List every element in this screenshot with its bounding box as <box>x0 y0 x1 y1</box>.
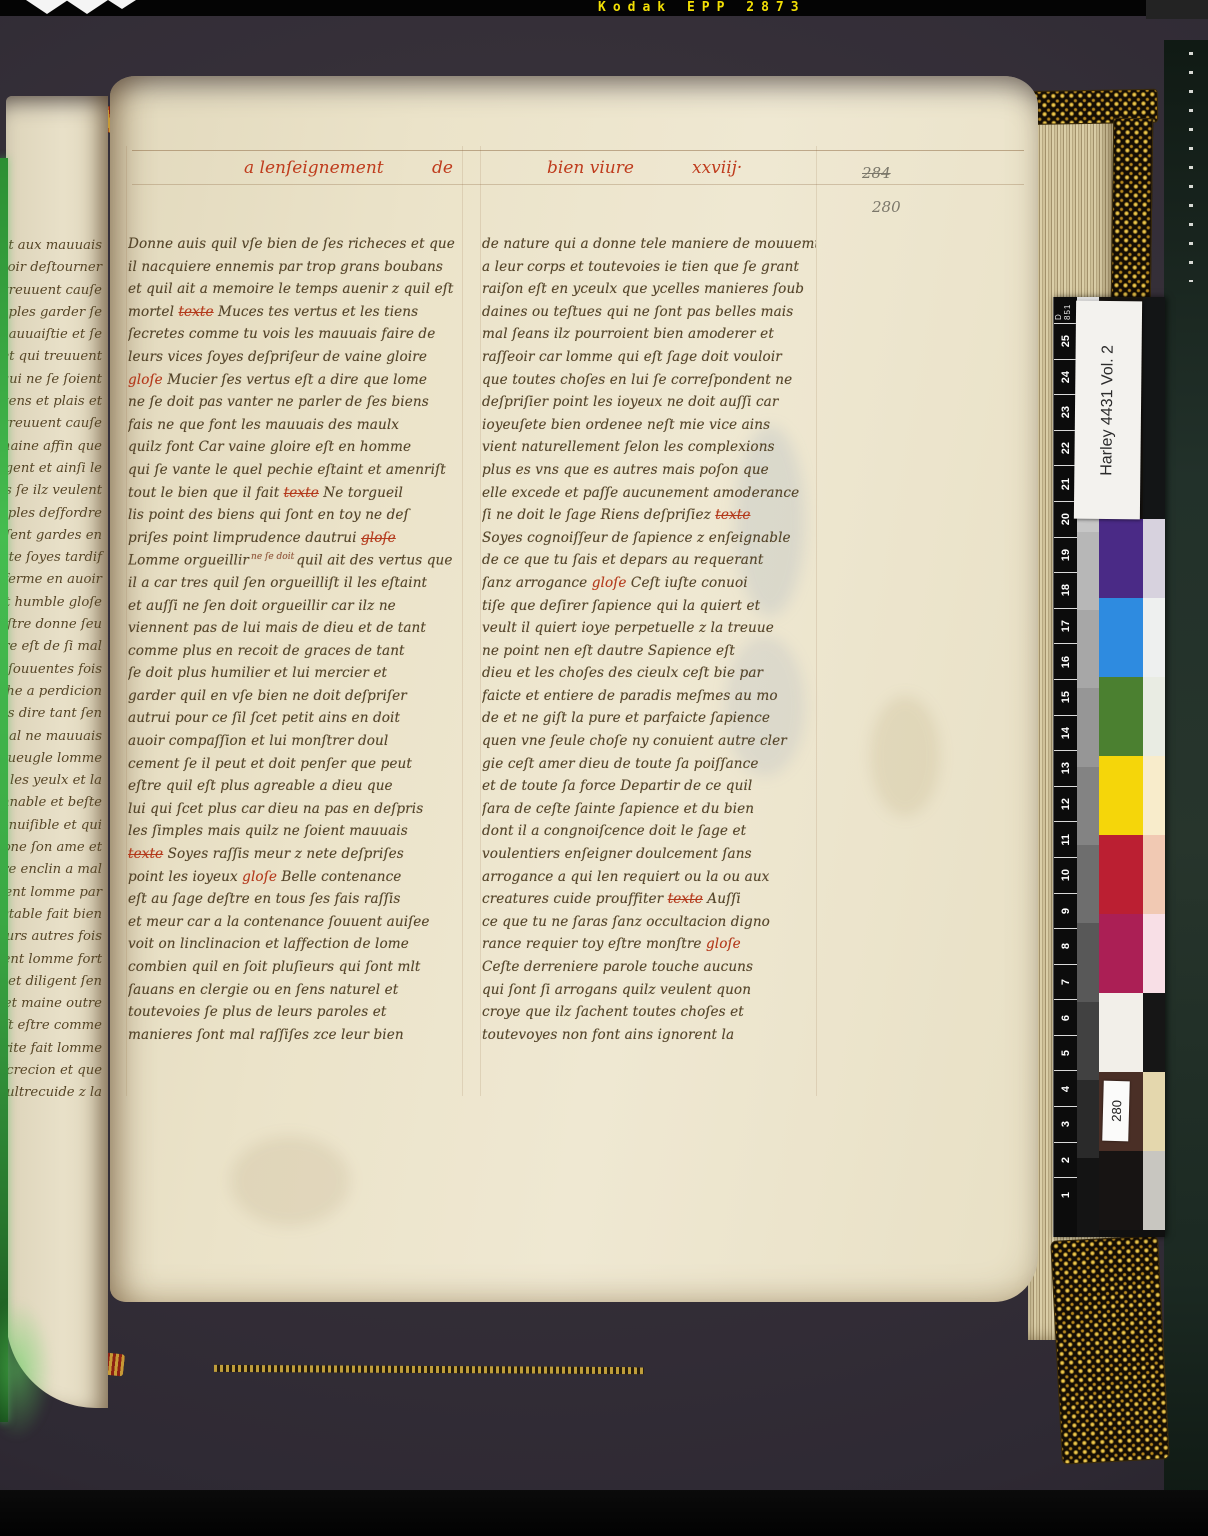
text-segment: il a car tres quil ſen orgueilliſt il le… <box>128 575 427 591</box>
ruler-number: 22 <box>1060 442 1072 454</box>
manuscript-line: de et ne giſt la pure et parfaicte ſapie… <box>482 710 816 733</box>
text-segment: mauuaiſtie et ſe <box>6 327 102 342</box>
manuscript-line: que toutes choſes en lui ſe correſponden… <box>482 372 816 395</box>
ruler-tick: 19 <box>1054 537 1077 573</box>
ruler-number: 5 <box>1060 1050 1072 1056</box>
grayscale-step <box>1077 923 1099 1001</box>
text-segment: de ce que tu ſais et depars au requerant <box>482 552 763 568</box>
rubric: texte <box>178 304 213 320</box>
text-segment: Ne torgueil <box>319 485 403 501</box>
manuscript-line: ſecretes comme tu vois les mauuais faire… <box>128 326 462 349</box>
ruler-tick: 1 <box>1054 1177 1077 1213</box>
previous-folio-line-text: raiſonnable et beſte <box>6 795 102 810</box>
manuscript-line: ſauans en clergie ou en ſens naturel et <box>128 982 462 1005</box>
previous-folio-line: neus dire tant ſen <box>6 706 105 728</box>
manuscript-line: faicte et entiere de paradis meſmes au m… <box>482 688 816 711</box>
text-segment: autrui pour ce ſil ſcet petit ains en do… <box>128 710 400 726</box>
previous-folio-line: oſant aux mauuais <box>6 238 105 260</box>
previous-folio-line: igne et maine outre <box>6 996 105 1018</box>
previous-folio-line: preſent gardes en <box>6 528 105 550</box>
ruler-number: 7 <box>1060 979 1072 985</box>
previous-folio-line-text: ſcet qui treuuent <box>6 349 102 364</box>
ruler-tick: 11 <box>1054 821 1077 857</box>
ruler-tick: 18 <box>1054 572 1077 608</box>
manuscript-line: deſpriſier point les ioyeux ne doit auſſ… <box>482 394 816 417</box>
previous-folio-text: oſant aux mauuaispouoir deſtournerele tr… <box>6 238 105 1138</box>
previous-folio-line-text: doit eſtre donne ſeu <box>6 617 102 632</box>
text-segment: ant et humble <box>6 595 69 610</box>
manuscript-line: lis point des biens qui ſont en toy ne d… <box>128 507 462 530</box>
manuscript-line: voit on linclinacion et laffection de lo… <box>128 936 462 959</box>
ruler-number: 6 <box>1060 1015 1072 1021</box>
previous-folio-line: de haine affin que <box>6 439 105 461</box>
previous-folio-line-text: mples garder ſe <box>6 305 102 320</box>
previous-folio-line: ant et humble gloſe <box>6 595 105 617</box>
previous-folio-line: verite fait lomme <box>6 1041 105 1063</box>
tint-patches <box>1143 297 1165 1237</box>
text-segment: ctable fait bien <box>6 907 102 922</box>
text-segment: igne et maine outre <box>6 996 102 1011</box>
ruler-tick: 6 <box>1054 999 1077 1035</box>
previous-folio-edge: oſant aux mauuaispouoir deſtournerele tr… <box>6 96 108 1408</box>
previous-folio-line: ſieurs autres fois <box>6 929 105 951</box>
photo-stage: oſant aux mauuaispouoir deſtournerele tr… <box>0 0 1208 1536</box>
running-header-part-3: bien viure <box>547 158 634 178</box>
manuscript-line: et de toute ſa force Departir de ce quil <box>482 778 816 801</box>
ruler-tick: 17 <box>1054 608 1077 644</box>
text-segment: mortel <box>128 304 178 320</box>
previous-folio-line: qui treuuent cauſe <box>6 416 105 438</box>
shelfmark-text: Harley 4431 Vol. 2 <box>1098 345 1117 476</box>
grayscale-step <box>1077 1080 1099 1158</box>
column-ruling-right-a <box>480 146 481 1096</box>
tint-patch <box>1143 677 1165 756</box>
text-segment: eche a perdicion <box>6 684 102 699</box>
film-frame-corner <box>1146 0 1208 19</box>
folio-number-struck: 284 <box>862 164 891 182</box>
previous-folio-line-text: ſieurs autres fois <box>6 929 102 944</box>
film-sprocket-marks <box>26 0 146 15</box>
previous-folio-line-text: ne oultrecuide z la <box>6 1085 102 1100</box>
ruler-tick: 8 <box>1054 928 1077 964</box>
manuscript-line: mal ſeans ilz pourroient bien amoderer e… <box>482 326 816 349</box>
ruler-tick: 14 <box>1054 715 1077 751</box>
text-segment: mples ſe ilz veulent <box>6 483 102 498</box>
previous-folio-line: raiſonnable et beſte <box>6 795 105 817</box>
text-segment: et auſſi ne ſen doit orgueillir car ilz … <box>128 598 396 614</box>
previous-folio-line: et yre aueugle lomme <box>6 751 105 773</box>
color-patch <box>1099 598 1143 677</box>
ruler-tick: 23 <box>1054 394 1077 430</box>
previous-folio-line-text: ant et humble gloſe <box>6 595 102 610</box>
previous-folio-line: ele treuuent cauſe <box>6 283 105 305</box>
grayscale-step <box>1077 532 1099 610</box>
manuscript-line: eſt au ſage deſtre en tous ſes fais raſſ… <box>128 891 462 914</box>
manuscript-line: veult il quiert ioye perpetuelle z la tr… <box>482 620 816 643</box>
text-segment: raſſeoir car lomme qui eſt ſage doit vou… <box>482 349 782 365</box>
previous-folio-line: eſtre enclin a mal <box>6 862 105 884</box>
previous-folio-line: ne oultrecuide z la <box>6 1085 105 1107</box>
ruler-tick: 2 <box>1054 1142 1077 1178</box>
manuscript-line: ſanz arrogance gloſe Ceſt iuſte conuoi <box>482 575 816 598</box>
previous-folio-line: mples garder ſe <box>6 305 105 327</box>
previous-folio-line: eſcheuſt eſtre comme <box>6 1018 105 1040</box>
manuscript-line: et auſſi ne ſen doit orgueillir car ilz … <box>128 598 462 621</box>
previous-folio-line-text: mples ſe ilz veulent <box>6 483 102 498</box>
manuscript-line: dieu et les choſes des cieulx ceſt bie p… <box>482 665 816 688</box>
gilt-binding-fore-edge <box>1111 118 1154 307</box>
manuscript-line: Ceſte derreniere parole touche aucuns <box>482 959 816 982</box>
previous-folio-line-text: et yre aueugle lomme <box>6 751 102 766</box>
text-segment: ſe doit plus humilier et lui mercier et <box>128 665 387 681</box>
text-segment: lis point des biens qui ſont en toy ne d… <box>128 507 409 523</box>
ruler-number: 12 <box>1060 798 1072 810</box>
manuscript-line: ce que tu ne ſaras ſanz occultacion dign… <box>482 914 816 937</box>
background-right-strip <box>1164 40 1208 1500</box>
ruler-number: 17 <box>1060 620 1072 632</box>
text-segment: de haine affin que <box>6 439 102 454</box>
text-segment: car yre eſt de ſi mal <box>6 639 102 654</box>
rubric: gloſe <box>361 530 396 546</box>
manuscript-line: mortel texte Muces tes vertus et les tie… <box>128 304 462 327</box>
manuscript-line: auoir compaſſion et lui monſtrer doul <box>128 733 462 756</box>
folio-number: 280 <box>872 198 901 216</box>
manuscript-line: autrui pour ce ſil ſcet petit ains en do… <box>128 710 462 733</box>
ruler-number: 23 <box>1060 406 1072 418</box>
ruler-number: 3 <box>1060 1121 1072 1127</box>
previous-folio-line-text: pouoir deſtourner <box>6 260 102 275</box>
manuscript-line: combien quil en ſoit pluſieurs qui ſont … <box>128 959 462 982</box>
film-strip-bottom <box>0 1490 1208 1536</box>
previous-folio-line: lz qui ne ſe ſoient <box>6 372 105 394</box>
previous-folio-line-text: ſcrecion et que <box>6 1063 102 1078</box>
previous-folio-line: ſcet qui treuuent <box>6 349 105 371</box>
text-segment: te vent lomme fort <box>6 952 102 967</box>
previous-folio-line: car yre eſt de ſi mal <box>6 639 105 661</box>
manuscript-line: daines ou teſtues qui ne ſont pas belles… <box>482 304 816 327</box>
text-segment: manieres ſont mal raſſiſes zce leur bien <box>128 1027 404 1043</box>
manuscript-line: gie ceſt amer dieu de toute ſa poiſſance <box>482 756 816 779</box>
text-segment: veult il quiert ioye perpetuelle z la tr… <box>482 620 774 636</box>
text-segment: vient naturellement ſelon les complexion… <box>482 439 775 455</box>
rubric: gloſe <box>242 869 277 885</box>
rubric: texte <box>6 550 22 565</box>
text-segment: lz qui ne ſe ſoient <box>6 372 102 387</box>
previous-folio-line: mauuaiſtie et ſe <box>6 327 105 349</box>
manuscript-line: point les ioyeux gloſe Belle contenance <box>128 869 462 892</box>
manuscript-line: lui qui ſcet plus car dieu na pas en deſ… <box>128 801 462 824</box>
text-segment: dieu et les choſes des cieulx ceſt bie p… <box>482 665 763 681</box>
previous-folio-line: mpne ſon ame et <box>6 840 105 862</box>
grayscale-step <box>1077 767 1099 845</box>
text-segment: ſimples deſfordre <box>6 506 102 521</box>
manuscript-line: ioyeuſete bien ordenee neſt mie vice ain… <box>482 417 816 440</box>
previous-folio-line: te vent lomme fort <box>6 952 105 974</box>
text-segment: Ceſte derreniere parole touche aucuns <box>482 959 753 975</box>
manuscript-line: ne ſe doit pas vanter ne parler de ſes b… <box>128 394 462 417</box>
text-segment: ele treuuent cauſe <box>6 283 102 298</box>
manuscript-line: Donne auis quil vſe bien de ſes richeces… <box>128 236 462 259</box>
film-edge-marks <box>1189 52 1193 282</box>
text-segment: ſoyes tardif <box>22 550 102 565</box>
text-segment: eſcheuſt eſtre comme <box>6 1018 102 1033</box>
manuscript-line: priſes point limprudence dautrui gloſe <box>128 530 462 553</box>
text-segment: et meur car a la contenance ſouuent auiſ… <box>128 914 430 930</box>
text-segment: neus dire tant ſen <box>6 706 102 721</box>
rubric: texte <box>128 846 163 862</box>
manuscript-line: viennent pas de lui mais de dieu et de t… <box>128 620 462 643</box>
previous-folio-line-text: oſant aux mauuais <box>6 238 102 253</box>
film-frame-label: Kodak EPP 2873 <box>598 0 806 15</box>
previous-folio-line: ſimples deſfordre <box>6 506 105 528</box>
ruler-number: 14 <box>1060 727 1072 739</box>
text-segment: et nuiſible et qui <box>6 818 102 833</box>
text-segment: cement ſe il peut et doit penſer que peu… <box>128 756 412 772</box>
text-segment: combien quil en ſoit pluſieurs qui ſont … <box>128 959 420 975</box>
ruler-number: 16 <box>1060 656 1072 668</box>
previous-folio-line: doit eſtre donne ſeu <box>6 617 105 639</box>
running-header-part-4: xxviij· <box>692 158 742 178</box>
text-segment: il nacquiere ennemis par trop grans boub… <box>128 259 443 275</box>
text-segment: ſecretes comme tu vois les mauuais faire… <box>128 326 435 342</box>
previous-folio-line: gent et ainſi le <box>6 461 105 483</box>
manuscript-line: elle excede et paſſe aucunement amoderan… <box>482 485 816 508</box>
text-segment: Vient lomme par <box>6 885 102 900</box>
text-segment: verite fait lomme <box>6 1041 102 1056</box>
text-segment: ſauans en clergie ou en ſens naturel et <box>128 982 398 998</box>
folio-sticker: 280 <box>1102 1081 1130 1142</box>
folio-sticker-text: 280 <box>1108 1100 1124 1122</box>
previous-folio-line: ontens et plais et <box>6 394 105 416</box>
previous-folio-line-text: mpne ſon ame et <box>6 840 102 855</box>
manuscript-line: qui ſe vante le quel pechie eſtaint et a… <box>128 462 462 485</box>
ruler-number: 11 <box>1060 834 1072 846</box>
previous-folio-line-text: lz qui ne ſe ſoient <box>6 372 102 387</box>
manuscript-line: tout le bien que il fait texte Ne torgue… <box>128 485 462 508</box>
tint-patch <box>1143 598 1165 677</box>
previous-folio-line-text: de ferme en auoir <box>6 572 102 587</box>
scan-edge-green-strip <box>0 158 8 1422</box>
previous-folio-line: de ferme en auoir <box>6 572 105 594</box>
text-segment: pouoir deſtourner <box>6 260 102 275</box>
ruler-tick: 12 <box>1054 786 1077 822</box>
manuscript-line: il a car tres quil ſen orgueilliſt il le… <box>128 575 462 598</box>
text-segment: doit eſtre donne ſeu <box>6 617 102 632</box>
column-ruling-left-a <box>126 146 127 1096</box>
manuscript-line: leurs vices ſoyes deſpriſeur de vaine gl… <box>128 349 462 372</box>
text-segment: mal ſeans ilz pourroient bien amoderer e… <box>482 326 774 342</box>
text-segment: ne oultrecuide z la <box>6 1085 102 1100</box>
manuscript-line: garder quil en vſe bien ne doit deſpriſe… <box>128 688 462 711</box>
text-segment: fais ne que font les mauuais des maulx <box>128 417 399 433</box>
text-segment: eſt au ſage deſtre en tous ſes fais raſſ… <box>128 891 401 907</box>
manuscript-line: manieres ſont mal raſſiſes zce leur bien <box>128 1027 462 1050</box>
manuscript-line: qui ſont ſi arrogans quilz veulent quon <box>482 982 816 1005</box>
text-segment: ſieurs autres fois <box>6 929 102 944</box>
text-segment: ne ſe doit pas vanter ne parler de ſes b… <box>128 394 429 410</box>
text-segment: qui ſe vante le quel pechie eſtaint et a… <box>128 462 446 478</box>
ruler-tick: 13 <box>1054 750 1077 786</box>
previous-folio-line-text: ontens et plais et <box>6 394 102 409</box>
previous-folio-line: et nuiſible et qui <box>6 818 105 840</box>
text-segment: preſent gardes en <box>6 528 102 543</box>
text-segment: toutevoies ſe plus de leurs paroles et <box>128 1004 386 1020</box>
ruler-number: 9 <box>1060 908 1072 914</box>
text-segment: Mucier ſes vertus eſt a dire que lome <box>163 372 427 388</box>
manuscript-line: il nacquiere ennemis par trop grans boub… <box>128 259 462 282</box>
text-segment: lui qui ſcet plus car dieu na pas en deſ… <box>128 801 423 817</box>
text-segment: viennent pas de lui mais de dieu et de t… <box>128 620 426 636</box>
text-column-left: Donne auis quil vſe bien de ſes richeces… <box>128 236 462 1049</box>
tint-patch <box>1143 1072 1165 1151</box>
color-patch <box>1099 1151 1143 1230</box>
text-segment: plus es vns que es autres mais poſon que <box>482 462 769 478</box>
manuscript-line: eſtre quil eſt plus agreable a dieu que <box>128 778 462 801</box>
text-segment: us et diligent ſen <box>6 974 102 989</box>
text-segment: voit on linclinacion et laffection de lo… <box>128 936 409 952</box>
text-segment: ſcet qui treuuent <box>6 349 102 364</box>
rubric: texte <box>284 485 319 501</box>
text-segment: raiſon eſt en yceulx que ycelles maniere… <box>482 281 804 297</box>
manuscript-line: de ce que tu ſais et depars au requerant <box>482 552 816 575</box>
manuscript-line: Lomme orgueillirne ſe doitquil ait des v… <box>128 552 462 575</box>
manuscript-line: ſara de ceſte ſainte ſapience et du bien <box>482 801 816 824</box>
manuscript-line: quen vne ſeule choſe ny conuient autre c… <box>482 733 816 756</box>
text-segment: et de toute ſa force Departir de ce quil <box>482 778 752 794</box>
ruler-number: 24 <box>1060 371 1072 383</box>
text-segment: qui treuuent cauſe <box>6 416 102 431</box>
ruled-line-below-header <box>132 184 1024 185</box>
text-segment: priſes point limprudence dautrui <box>128 530 361 546</box>
tint-patch <box>1143 914 1165 993</box>
previous-folio-line-text: neus dire tant ſen <box>6 706 102 721</box>
manuscript-line: ne point nen eſt dautre Sapience eſt <box>482 643 816 666</box>
manuscript-line: dont il a congnoiſcence doit le ſage et <box>482 823 816 846</box>
ruler-number: 4 <box>1060 1086 1072 1092</box>
tint-patch <box>1143 519 1165 598</box>
previous-folio-line-text: igne et maine outre <box>6 996 102 1011</box>
ruler-tick: 9 <box>1054 893 1077 929</box>
color-patch <box>1099 519 1143 598</box>
text-segment: Lomme orgueillir <box>128 553 249 569</box>
text-segment: toutevoyes non font ains ignorent la <box>482 1027 734 1043</box>
previous-folio-line-text: verite fait lomme <box>6 1041 102 1056</box>
text-segment: de nature qui a donne tele maniere de mo… <box>482 236 816 252</box>
previous-folio-line-text: us et diligent ſen <box>6 974 102 989</box>
text-segment: ſara de ceſte ſainte ſapience et du bien <box>482 801 754 817</box>
previous-folio-line-text: gent et ainſi le <box>6 461 102 476</box>
ruler-tick: 24 <box>1054 359 1077 395</box>
rubric: gloſe <box>706 936 741 952</box>
rubric: gloſe <box>592 575 627 591</box>
text-segment: daines ou teſtues qui ne ſont pas belles… <box>482 304 793 320</box>
text-segment: mpne ſon ame et <box>6 840 102 855</box>
previous-folio-line: Vient lomme par <box>6 885 105 907</box>
ruler-number: 10 <box>1060 869 1072 881</box>
text-segment: quen vne ſeule choſe ny conuient autre c… <box>482 733 787 749</box>
tint-patch <box>1143 1151 1165 1230</box>
sprocket-triangle-icon <box>66 0 108 14</box>
text-segment: quil ait des vertus que <box>296 553 452 569</box>
ruler-number: 18 <box>1060 584 1072 596</box>
manuscript-line: gloſe Mucier ſes vertus eſt a dire que l… <box>128 372 462 395</box>
text-segment: Belle contenance <box>277 869 401 885</box>
text-segment: oſant aux mauuais <box>6 238 102 253</box>
ruler-tick: 3 <box>1054 1106 1077 1142</box>
grayscale-step <box>1077 1002 1099 1080</box>
manuscript-line: quilz font Car vaine gloire eſt en homme <box>128 439 462 462</box>
text-segment: rance requier toy eſtre monſtre <box>482 936 706 952</box>
previous-folio-line: texte ſoyes tardif <box>6 550 105 572</box>
ruler-tick: 15 <box>1054 679 1077 715</box>
manuscript-line: et quil ait a memoire le temps auenir z … <box>128 281 462 304</box>
previous-folio-line-text: et tres ſouuentes fois <box>6 662 102 677</box>
previous-folio-line-text: ele treuuent cauſe <box>6 283 102 298</box>
previous-folio-line: pouoir deſtourner <box>6 260 105 282</box>
color-patch <box>1099 756 1143 835</box>
column-ruling-left-b <box>462 146 463 1096</box>
manuscript-line: croye que ilz ſachent toutes choſes et <box>482 1004 816 1027</box>
previous-folio-line-text: et nuiſible et qui <box>6 818 102 833</box>
tint-patch <box>1143 993 1165 1072</box>
text-segment: tout le bien que il fait <box>128 485 284 501</box>
previous-folio-line: us et diligent ſen <box>6 974 105 996</box>
text-segment: arrogance a qui len requiert ou la ou au… <box>482 869 769 885</box>
text-segment: dont il a congnoiſcence doit le ſage et <box>482 823 746 839</box>
color-patch <box>1099 835 1143 914</box>
text-segment: les ſimples mais quilz ne ſoient mauuais <box>128 823 408 839</box>
text-segment: garder quil en vſe bien ne doit deſpriſe… <box>128 688 407 704</box>
rubric: texte <box>668 891 703 907</box>
color-patch <box>1099 914 1143 993</box>
manuscript-line: fais ne que font les mauuais des maulx <box>128 417 462 440</box>
manuscript-line: raiſon eſt en yceulx que ycelles maniere… <box>482 281 816 304</box>
manuscript-line: cement ſe il peut et doit penſer que peu… <box>128 756 462 779</box>
previous-folio-line-text: nge les yeulx et la <box>6 773 102 788</box>
previous-folio-line-text: Vient lomme par <box>6 885 102 900</box>
text-segment: a leur corps et toutevoies ie tien que ſ… <box>482 259 799 275</box>
grayscale-step <box>1077 610 1099 688</box>
manuscript-line: toutevoyes non font ains ignorent la <box>482 1027 816 1050</box>
running-header-part-1: a lenſeignement <box>244 158 384 178</box>
text-segment: qui ſont ſi arrogans quilz veulent quon <box>482 982 751 998</box>
previous-folio-line-text: de haine affin que <box>6 439 102 454</box>
manuscript-line: Soyes cognoiſſeur de ſapience z enſeigna… <box>482 530 816 553</box>
manuscript-line: arrogance a qui len requiert ou la ou au… <box>482 869 816 892</box>
text-segment: croye que ilz ſachent toutes choſes et <box>482 1004 744 1020</box>
manuscript-line: comme plus en recoit de graces de tant <box>128 643 462 666</box>
ruler-tick: 7 <box>1054 964 1077 1000</box>
manuscript-line: plus es vns que es autres mais poſon que <box>482 462 816 485</box>
tint-patch <box>1143 756 1165 835</box>
text-segment: et quil ait a memoire le temps auenir z … <box>128 281 453 297</box>
text-segment: auoir compaſſion et lui monſtrer doul <box>128 733 388 749</box>
text-segment: et tres ſouuentes fois <box>6 662 102 677</box>
text-segment: ioyeuſete bien ordenee neſt mie vice ain… <box>482 417 770 433</box>
text-segment: faicte et entiere de paradis meſmes au m… <box>482 688 778 704</box>
text-segment: Muces tes vertus et les tiens <box>214 304 419 320</box>
manuscript-line: creatures cuide prouffiter texte Auſſi <box>482 891 816 914</box>
previous-folio-line: nge les yeulx et la <box>6 773 105 795</box>
manuscript-line: ſi ne doit le ſage Riens deſpriſiez text… <box>482 507 816 530</box>
ruler-number: 1 <box>1060 1192 1072 1198</box>
previous-folio-line-text: te vent lomme fort <box>6 952 102 967</box>
ruler-scale: D 851 2524232221201918171615141312111098… <box>1053 297 1077 1237</box>
color-calibration-strip: D 851 2524232221201918171615141312111098… <box>1053 297 1165 1237</box>
text-segment: comme plus en recoit de graces de tant <box>128 643 405 659</box>
ruler-number: 13 <box>1060 762 1072 774</box>
text-segment: ne point nen eſt dautre Sapience eſt <box>482 643 735 659</box>
